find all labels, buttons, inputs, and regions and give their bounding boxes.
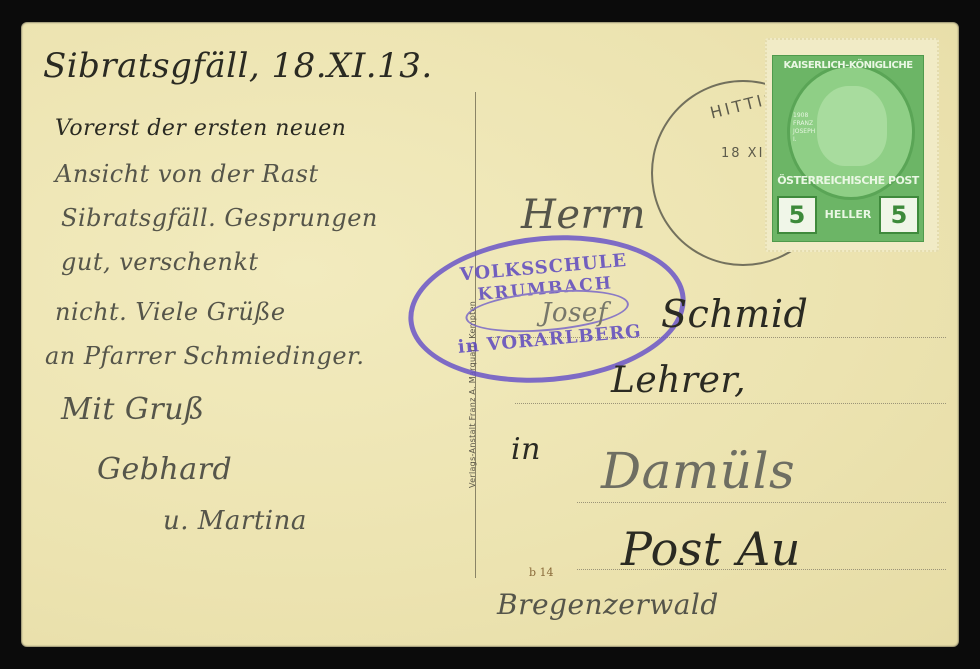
address-region: Bregenzerwald: [497, 588, 719, 621]
message-line: Sibratsgfäll. Gesprungen: [61, 204, 378, 232]
stamp-value-right: 5: [879, 196, 919, 234]
school-stamp-signature: Josef: [541, 298, 608, 328]
stamp-year: 1908: [793, 112, 815, 120]
stamp-name-1: FRANZ: [793, 120, 815, 128]
place-date: Sibratsgfäll, 18.XI.13.: [43, 46, 433, 86]
address-salutation: Herrn: [521, 192, 646, 238]
stamp-denomination: HELLER: [817, 208, 879, 221]
stamp-bottom-text: ÖSTERREICHISCHE POST: [773, 174, 923, 187]
address-prefix: in: [511, 432, 541, 467]
stamp-name-2: JOSEPH: [793, 128, 815, 136]
stamp-value-left: 5: [777, 196, 817, 234]
message-line: gut, verschenkt: [61, 248, 259, 276]
stamp-top-text: KAISERLICH-KÖNIGLICHE: [773, 60, 923, 71]
message-line: an Pfarrer Schmiedinger.: [45, 342, 365, 370]
message-line: Mit Gruß: [61, 392, 205, 427]
signature: u. Martina: [163, 506, 307, 536]
postage-stamp: KAISERLICH-KÖNIGLICHE 1908 FRANZ JOSEPH …: [772, 55, 924, 242]
stamp-portrait-text: 1908 FRANZ JOSEPH I.: [793, 112, 815, 144]
address-line: [577, 502, 946, 503]
address-line: [515, 403, 946, 404]
address-town: Damüls: [601, 442, 795, 500]
address-name: Schmid: [661, 292, 808, 336]
address-title: Lehrer,: [611, 360, 746, 401]
signature: Gebhard: [97, 452, 232, 487]
address-post: Post Au: [621, 522, 801, 576]
message-line: Vorerst der ersten neuen: [55, 116, 346, 141]
portrait-icon: [817, 86, 887, 166]
print-code: b 14: [529, 566, 554, 579]
message-line: nicht. Viele Grüße: [55, 298, 286, 326]
postcard: Sibratsgfäll, 18.XI.13. Vorerst der erst…: [21, 22, 959, 647]
message-line: Ansicht von der Rast: [55, 160, 319, 188]
stamp-name-3: I.: [793, 136, 815, 144]
